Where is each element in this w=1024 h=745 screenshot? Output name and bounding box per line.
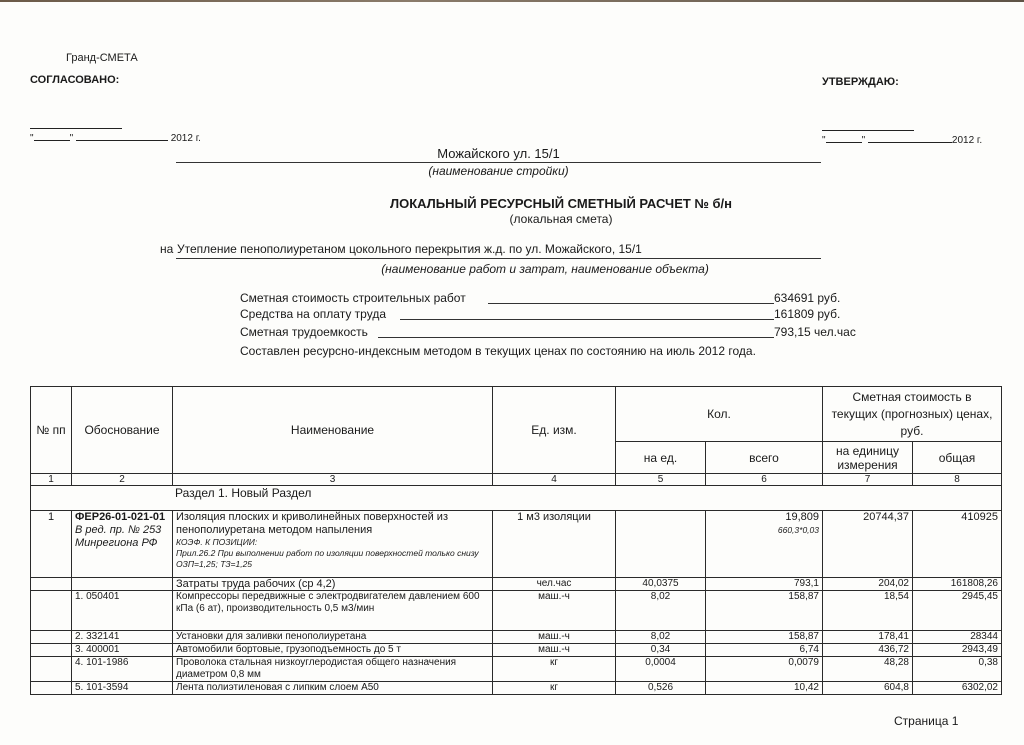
item-unit: 1 м3 изоляции [493, 511, 616, 578]
header-num: № пп [31, 387, 72, 474]
table-row-main-item: 1 ФЕР26-01-021-01 В ред. пр. № 253 Минре… [31, 511, 1002, 578]
work-prefix: на [160, 242, 173, 256]
row-basis: 3. 400001 [72, 644, 173, 657]
item-name: Изоляция плоских и криволинейных поверхн… [176, 511, 448, 536]
row-cost-per-unit: 18,54 [823, 591, 913, 631]
row-basis: 1. 050401 [72, 591, 173, 631]
row-qty-total: 0,0079 [706, 657, 823, 682]
summary-construction-cost-value: 634691 руб. [774, 291, 840, 305]
section-title-cell: Раздел 1. Новый Раздел [31, 486, 1002, 511]
right-date-line: "" 2012 г. [822, 133, 982, 146]
site-name: Можайского ул. 15/1 [176, 146, 821, 161]
row-cost-total: 2945,45 [913, 591, 1002, 631]
summary-label: Сметная стоимость строительных работ [240, 291, 466, 305]
left-day-blank [34, 131, 70, 141]
summary-leader-line [378, 337, 774, 338]
header-name: Наименование [173, 387, 493, 474]
right-month-blank [868, 133, 952, 143]
row-basis: 2. 332141 [72, 631, 173, 644]
header-qty-total: всего [706, 442, 823, 474]
row-qty-per-unit: 40,0375 [616, 578, 706, 591]
item-coef-text: Прил.26.2 При выполнении работ по изоляц… [176, 548, 489, 570]
left-date-year: 2012 г. [171, 133, 201, 144]
item-num: 1 [31, 511, 72, 578]
column-index: 7 [823, 474, 913, 486]
table-row: 3. 400001 Автомобили бортовые, грузоподъ… [31, 644, 1002, 657]
summary-value: 634691 [774, 291, 814, 305]
row-cost-per-unit: 178,41 [823, 631, 913, 644]
summary-construction-cost: Сметная стоимость строительных работ [240, 291, 466, 305]
header-unit: Ед. изм. [493, 387, 616, 474]
column-index: 2 [72, 474, 173, 486]
site-caption: (наименование стройки) [176, 164, 821, 178]
row-qty-total: 158,87 [706, 591, 823, 631]
row-qty-per-unit: 0,0004 [616, 657, 706, 682]
column-index: 8 [913, 474, 1002, 486]
column-index: 3 [173, 474, 493, 486]
table-row: 5. 101-3594 Лента полиэтиленовая с липки… [31, 682, 1002, 695]
item-cost-per-unit: 20744,37 [823, 511, 913, 578]
row-cost-per-unit: 48,28 [823, 657, 913, 682]
left-date-close-quote: " [70, 133, 74, 144]
page-number: Страница 1 [894, 714, 958, 728]
left-date-line: "" 2012 г. [30, 131, 201, 144]
column-index: 1 [31, 474, 72, 486]
row-qty-per-unit: 0,526 [616, 682, 706, 695]
row-cost-total: 0,38 [913, 657, 1002, 682]
item-ref: В ред. пр. № 253 Минрегиона РФ [75, 524, 161, 549]
left-signature-line [30, 128, 122, 129]
row-unit: чел.час [493, 578, 616, 591]
row-unit: кг [493, 657, 616, 682]
header-cost-per-unit: на единицу измерения [823, 442, 913, 474]
item-code: ФЕР26-01-021-01 [75, 511, 165, 523]
header-cost-total: общая [913, 442, 1002, 474]
row-qty-per-unit: 8,02 [616, 591, 706, 631]
row-name: Лента полиэтиленовая с липким слоем А50 [173, 682, 493, 695]
header-basis: Обоснование [72, 387, 173, 474]
summary-labor-intensity-value: 793,15 чел.час [774, 325, 856, 339]
row-name: Установки для заливки пенополиуретана [173, 631, 493, 644]
row-qty-per-unit: 8,02 [616, 631, 706, 644]
right-signature-line [822, 130, 914, 131]
row-unit: маш.-ч [493, 631, 616, 644]
scan-edge [0, 0, 1024, 2]
summary-labor-wages: Средства на оплату труда [240, 307, 386, 321]
row-num [31, 644, 72, 657]
row-cost-total: 161808,26 [913, 578, 1002, 591]
document-subtitle: (локальная смета) [176, 212, 946, 226]
item-qty-per-unit [616, 511, 706, 578]
row-unit: маш.-ч [493, 591, 616, 631]
summary-leader-line [488, 303, 774, 304]
row-cost-total: 6302,02 [913, 682, 1002, 695]
table-row: 1. 050401 Компрессоры передвижные с элек… [31, 591, 1002, 631]
row-cost-per-unit: 204,02 [823, 578, 913, 591]
right-date-year: 2012 г. [952, 135, 982, 146]
work-caption: (наименование работ и затрат, наименован… [176, 262, 914, 276]
item-coef-title: КОЭФ. К ПОЗИЦИИ: [176, 537, 489, 548]
summary-unit: руб. [817, 307, 840, 321]
row-basis: 4. 101-1986 [72, 657, 173, 682]
row-qty-total: 10,42 [706, 682, 823, 695]
right-date-close-quote: " [862, 135, 866, 146]
row-basis: 5. 101-3594 [72, 682, 173, 695]
header-qty-per-unit: на ед. [616, 442, 706, 474]
summary-label: Средства на оплату труда [240, 307, 386, 321]
row-name: Компрессоры передвижные с электродвигате… [173, 591, 493, 631]
row-num [31, 631, 72, 644]
program-name: Гранд-СМЕТА [66, 52, 138, 64]
summary-label: Сметная трудоемкость [240, 325, 368, 339]
row-name: Автомобили бортовые, грузоподъемность до… [173, 644, 493, 657]
table-row: Затраты труда рабочих (ср 4,2) чел.час 4… [31, 578, 1002, 591]
item-basis: ФЕР26-01-021-01 В ред. пр. № 253 Минреги… [72, 511, 173, 578]
row-qty-total: 158,87 [706, 631, 823, 644]
item-qty-formula: 660,3*0,03 [709, 524, 819, 537]
row-unit: маш.-ч [493, 644, 616, 657]
column-index: 6 [706, 474, 823, 486]
row-unit: кг [493, 682, 616, 695]
section-title: Раздел 1. Новый Раздел [34, 486, 311, 500]
column-index: 5 [616, 474, 706, 486]
row-num [31, 682, 72, 695]
row-name: Затраты труда рабочих (ср 4,2) [173, 578, 493, 591]
table-row: 4. 101-1986 Проволока стальная низкоугле… [31, 657, 1002, 682]
row-qty-per-unit: 0,34 [616, 644, 706, 657]
agreed-label: СОГЛАСОВАНО: [30, 74, 119, 86]
document-title: ЛОКАЛЬНЫЙ РЕСУРСНЫЙ СМЕТНЫЙ РАСЧЕТ № б/н [176, 196, 946, 211]
header-cost: Сметная стоимость в текущих (прогнозных)… [823, 387, 1002, 442]
row-qty-total: 6,74 [706, 644, 823, 657]
right-day-blank [826, 133, 862, 143]
work-name: Утепление пенополиуретаном цокольного пе… [177, 242, 642, 256]
summary-leader-line [400, 319, 774, 320]
row-num [31, 591, 72, 631]
item-name-cell: Изоляция плоских и криволинейных поверхн… [173, 511, 493, 578]
item-cost-total: 410925 [913, 511, 1002, 578]
summary-labor-wages-value: 161809 руб. [774, 307, 840, 321]
summary-value: 161809 [774, 307, 814, 321]
row-cost-total: 2943,49 [913, 644, 1002, 657]
item-qty-total: 19,809 [785, 511, 819, 523]
column-index-row: 1 2 3 4 5 6 7 8 [31, 474, 1002, 486]
summary-value: 793,15 [774, 325, 811, 339]
row-num [31, 657, 72, 682]
row-num [31, 578, 72, 591]
column-index: 4 [493, 474, 616, 486]
site-underline [176, 162, 821, 163]
estimate-table: № пп Обоснование Наименование Ед. изм. К… [30, 386, 1002, 695]
approve-label: УТВЕРЖДАЮ: [822, 76, 899, 88]
summary-unit: чел.час [814, 325, 856, 339]
row-cost-per-unit: 604,8 [823, 682, 913, 695]
row-name: Проволока стальная низкоуглеродистая общ… [173, 657, 493, 682]
row-cost-total: 28344 [913, 631, 1002, 644]
summary-unit: руб. [817, 291, 840, 305]
table-row: 2. 332141 Установки для заливки пенополи… [31, 631, 1002, 644]
row-basis [72, 578, 173, 591]
item-qty-total-cell: 19,809 660,3*0,03 [706, 511, 823, 578]
row-cost-per-unit: 436,72 [823, 644, 913, 657]
section-row: Раздел 1. Новый Раздел [31, 486, 1002, 511]
summary-note: Составлен ресурсно-индексным методом в т… [240, 344, 756, 358]
row-qty-total: 793,1 [706, 578, 823, 591]
work-underline [176, 258, 821, 259]
header-qty: Кол. [616, 387, 823, 442]
summary-labor-intensity: Сметная трудоемкость [240, 325, 368, 339]
left-month-blank [76, 131, 168, 141]
